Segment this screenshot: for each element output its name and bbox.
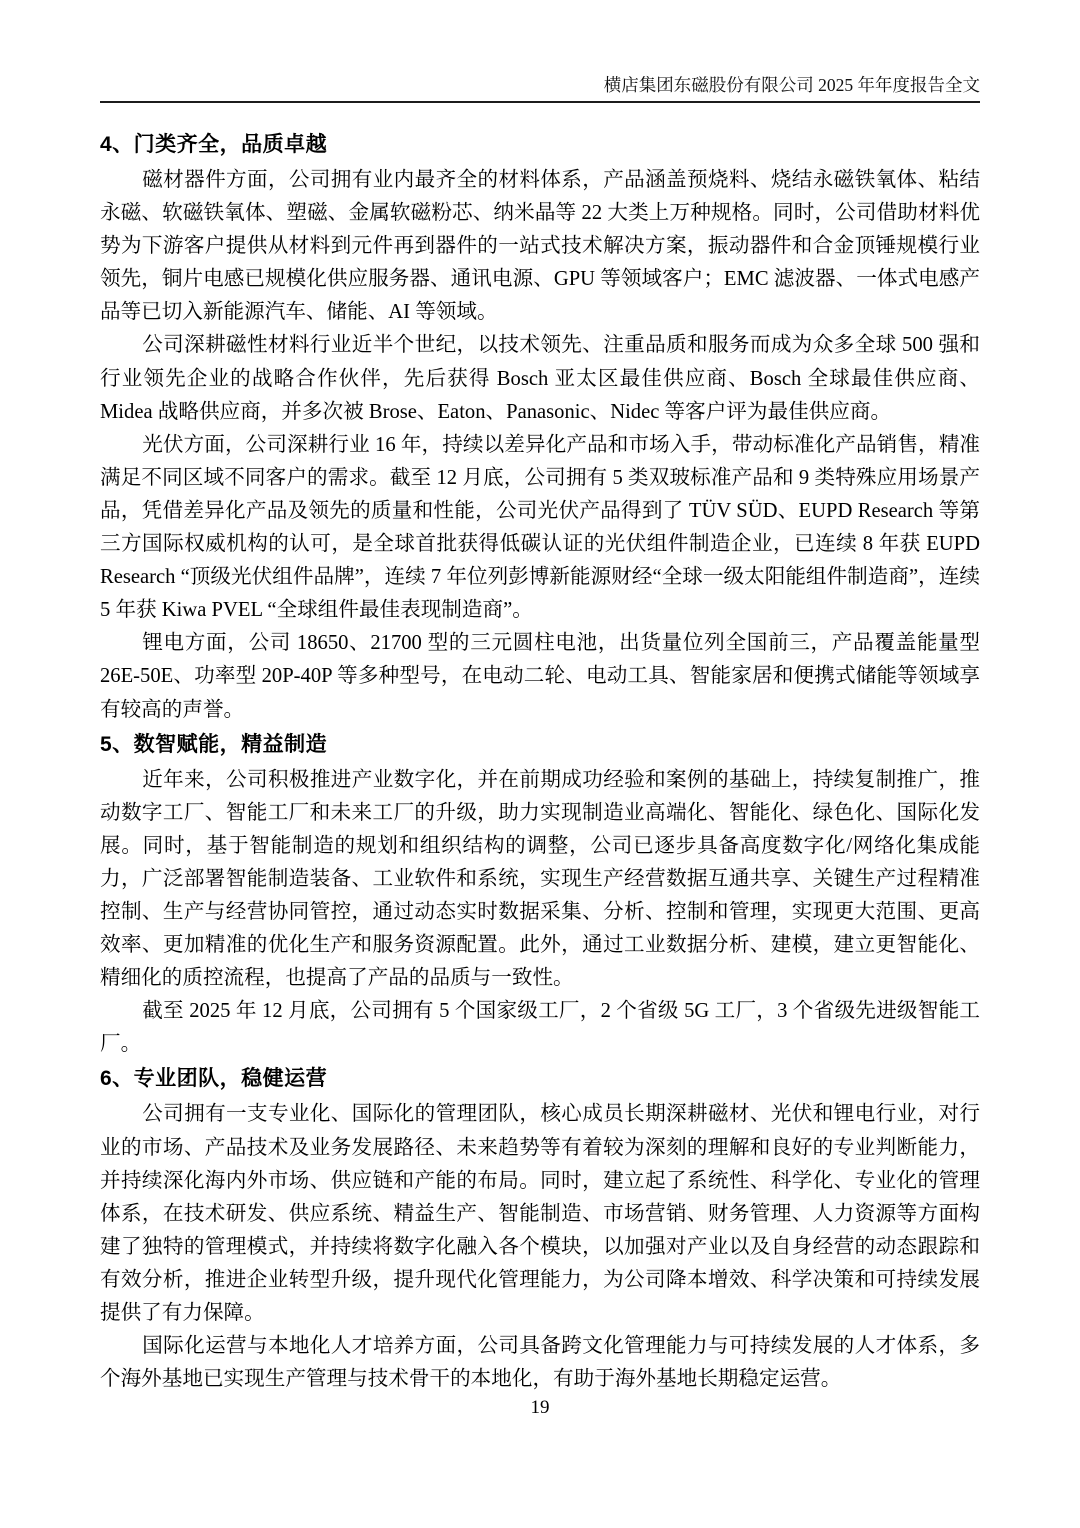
header-title: 横店集团东磁股份有限公司 2025 年年度报告全文 <box>604 75 980 95</box>
report-page: 横店集团东磁股份有限公司 2025 年年度报告全文 4、门类齐全，品质卓越 磁材… <box>0 0 1080 1528</box>
section-5-paragraph-1: 近年来，公司积极推进产业数字化，并在前期成功经验和案例的基础上，持续复制推广，推… <box>100 764 980 996</box>
section-4-paragraph-4: 锂电方面，公司 18650、21700 型的三元圆柱电池，出货量位列全国前三，产… <box>100 627 980 726</box>
page-header: 横店集团东磁股份有限公司 2025 年年度报告全文 <box>100 74 980 96</box>
page-footer: 19 <box>0 1396 1080 1420</box>
section-4-paragraph-1: 磁材器件方面，公司拥有业内最齐全的材料体系，产品涵盖预烧料、烧结永磁铁氧体、粘结… <box>100 164 980 329</box>
header-rule <box>100 101 980 103</box>
section-6-heading: 6、专业团队，稳健运营 <box>100 1062 980 1095</box>
page-number: 19 <box>531 1397 550 1418</box>
section-4-heading: 4、门类齐全，品质卓越 <box>100 128 980 161</box>
section-6-paragraph-2: 国际化运营与本地化人才培养方面，公司具备跨文化管理能力与可持续发展的人才体系，多… <box>100 1330 980 1396</box>
section-5-heading: 5、数智赋能，精益制造 <box>100 728 980 761</box>
section-4-paragraph-3: 光伏方面，公司深耕行业 16 年，持续以差异化产品和市场入手，带动标准化产品销售… <box>100 429 980 628</box>
section-6-paragraph-1: 公司拥有一支专业化、国际化的管理团队，核心成员长期深耕磁材、光伏和锂电行业，对行… <box>100 1098 980 1330</box>
section-4-paragraph-2: 公司深耕磁性材料行业近半个世纪，以技术领先、注重品质和服务而成为众多全球 500… <box>100 329 980 428</box>
section-5-paragraph-2: 截至 2025 年 12 月底，公司拥有 5 个国家级工厂，2 个省级 5G 工… <box>100 995 980 1061</box>
document-body: 4、门类齐全，品质卓越 磁材器件方面，公司拥有业内最齐全的材料体系，产品涵盖预烧… <box>100 127 980 1396</box>
